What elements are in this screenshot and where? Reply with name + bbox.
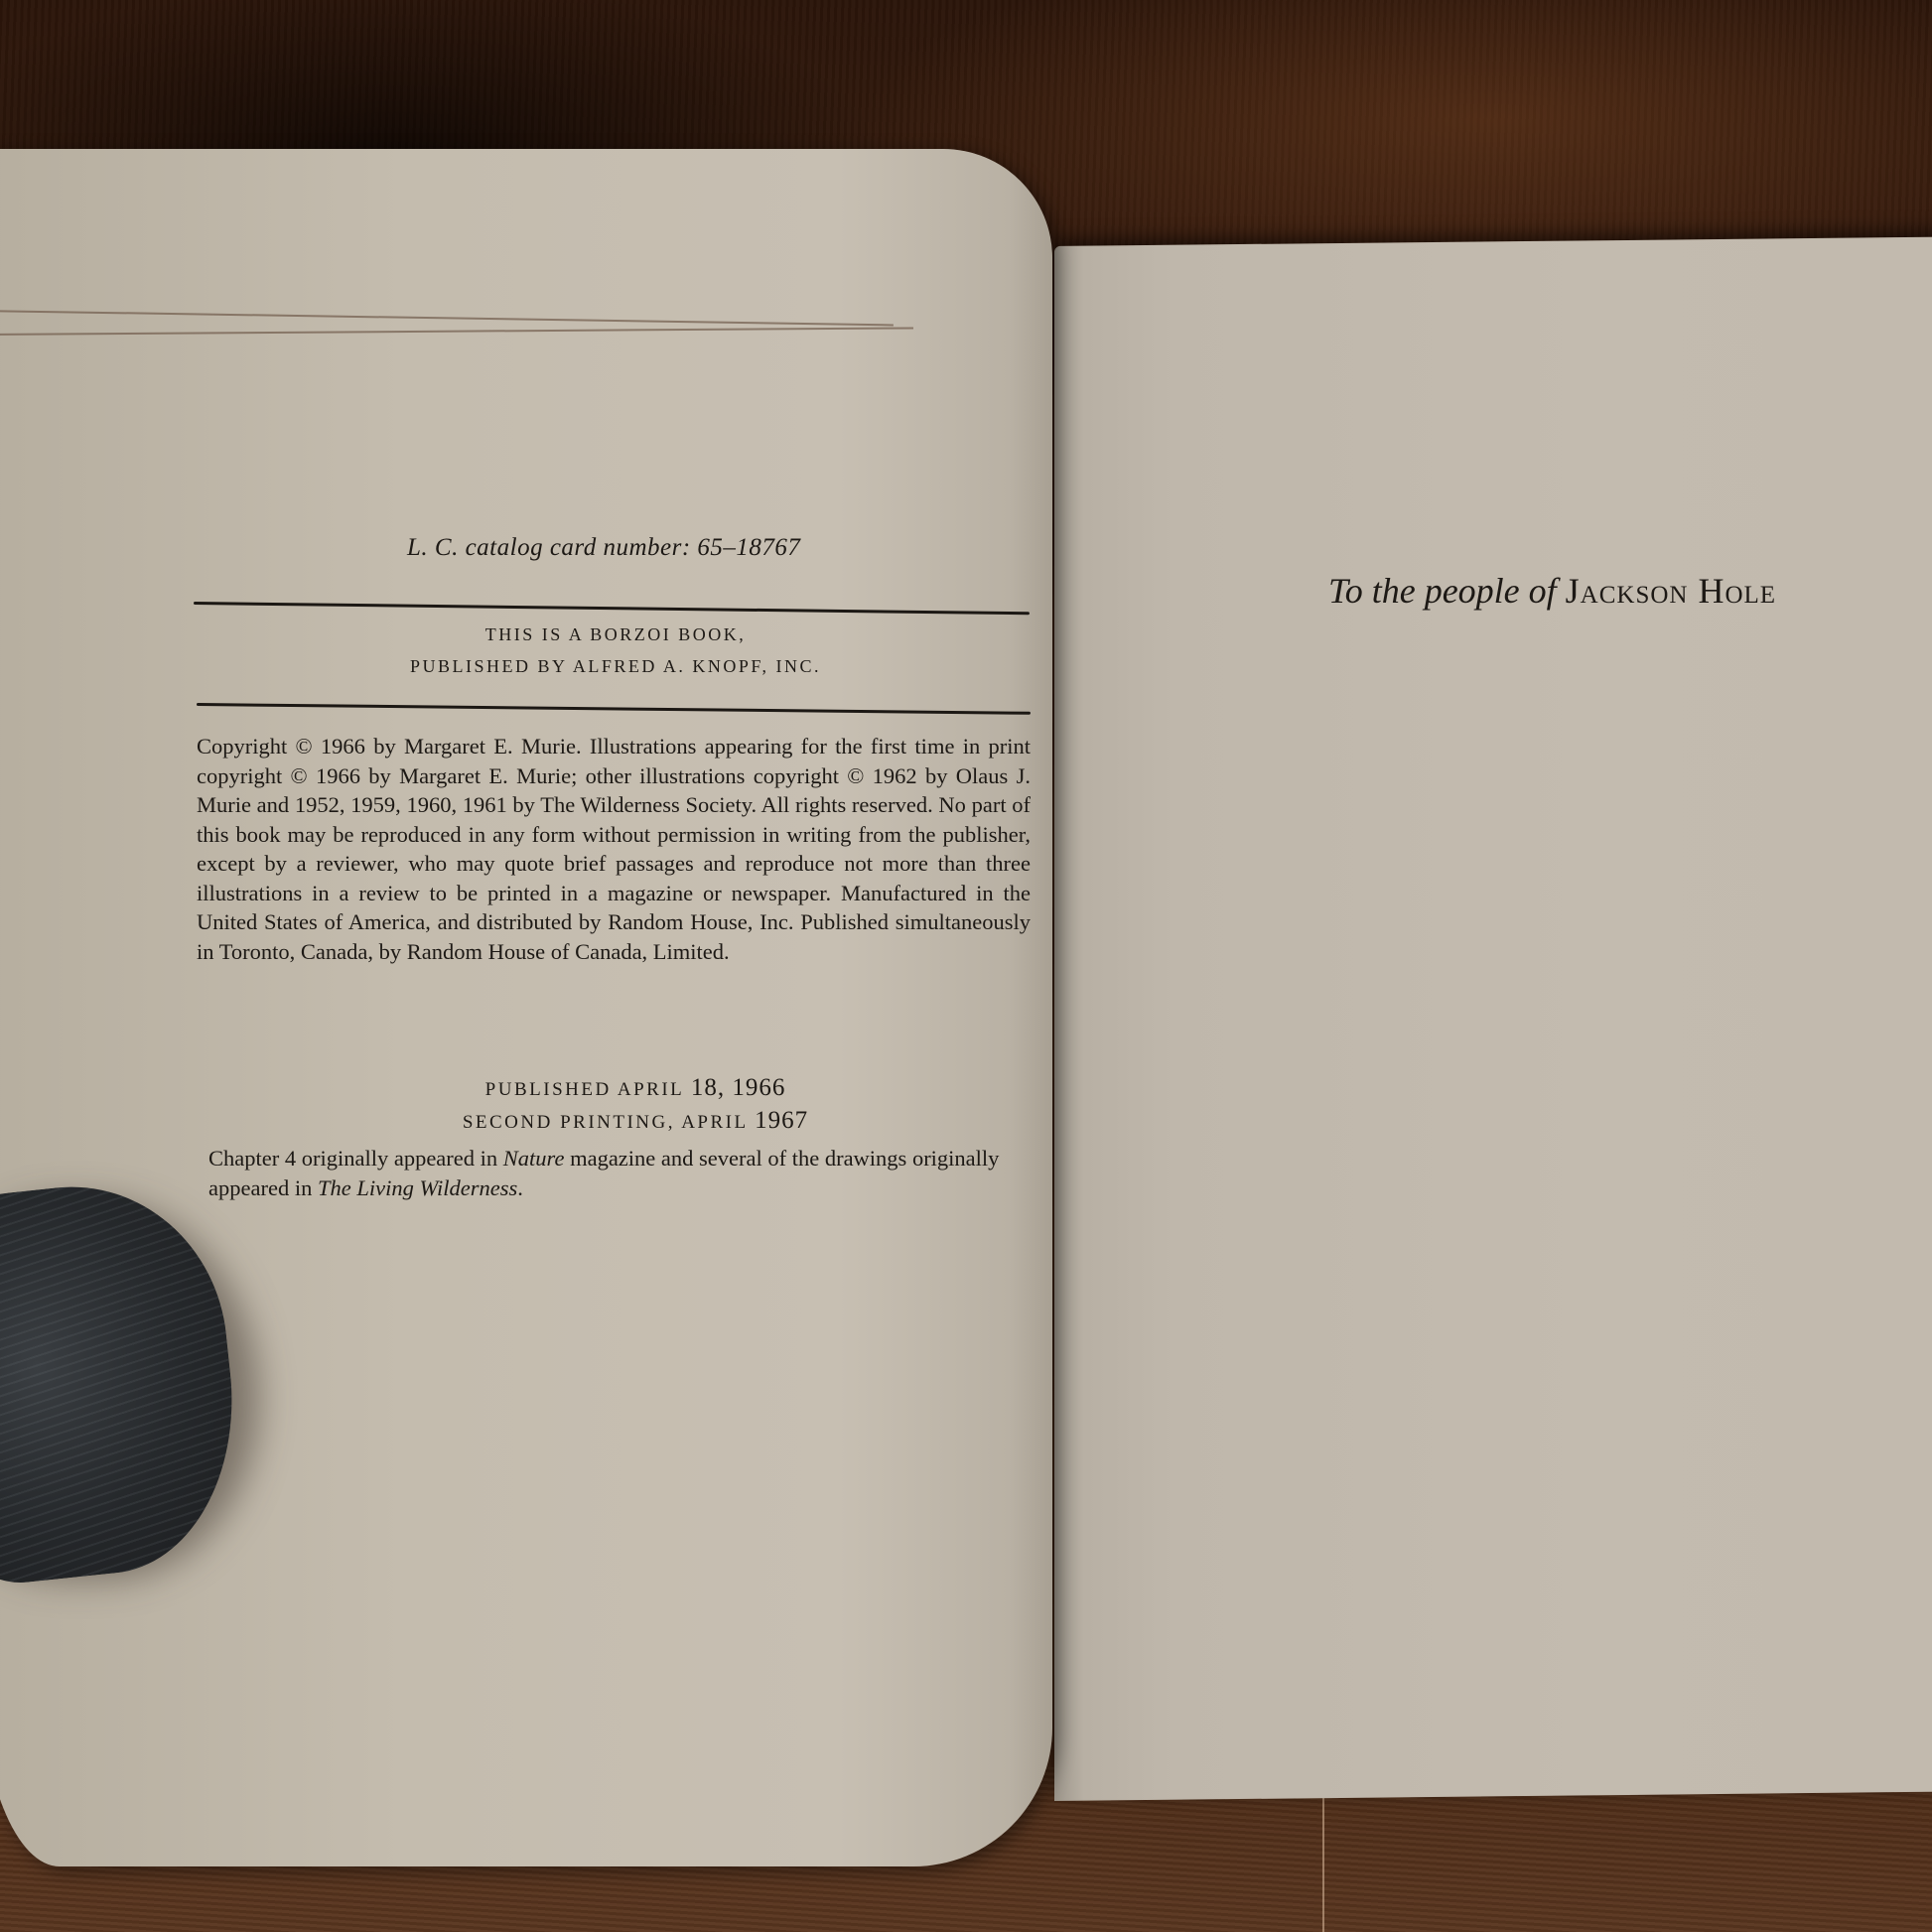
published-date-line: PUBLISHED APRIL 18, 1966 xyxy=(377,1072,894,1105)
page-edge-line xyxy=(0,310,894,326)
printing-date-line: SECOND PRINTING, APRIL 1967 xyxy=(377,1105,894,1138)
magazine-title: Nature xyxy=(503,1146,565,1171)
dedication-place: Jackson Hole xyxy=(1566,571,1776,611)
publisher-line-2: PUBLISHED BY ALFRED A. KNOPF, INC. xyxy=(318,650,913,682)
publication-title: The Living Wilderness xyxy=(318,1175,517,1200)
printing-year: 1967 xyxy=(755,1107,808,1134)
page-edge-line xyxy=(0,327,913,336)
copyright-page xyxy=(0,149,1052,1866)
publisher-line-1: THIS IS A BORZOI BOOK, xyxy=(318,619,913,650)
publisher-block: THIS IS A BORZOI BOOK, PUBLISHED BY ALFR… xyxy=(318,619,913,682)
chapter-note-text: . xyxy=(517,1175,523,1200)
publication-dates: PUBLISHED APRIL 18, 1966 SECOND PRINTING… xyxy=(377,1072,894,1138)
dedication: To the people of Jackson Hole xyxy=(1328,570,1884,612)
published-label: PUBLISHED APRIL xyxy=(485,1079,684,1100)
dedication-italic: To the people of xyxy=(1328,571,1557,611)
printing-label: SECOND PRINTING, APRIL xyxy=(463,1112,748,1133)
published-date: 18, 1966 xyxy=(691,1074,786,1101)
chapter-note: Chapter 4 originally appeared in Nature … xyxy=(208,1144,1033,1203)
copyright-notice: Copyright © 1966 by Margaret E. Murie. I… xyxy=(197,732,1031,966)
table-scratch xyxy=(1322,1782,1324,1932)
chapter-note-text: Chapter 4 originally appeared in xyxy=(208,1146,503,1171)
dedication-page xyxy=(1054,237,1932,1801)
catalog-card-number: L. C. catalog card number: 65–18767 xyxy=(407,534,864,562)
